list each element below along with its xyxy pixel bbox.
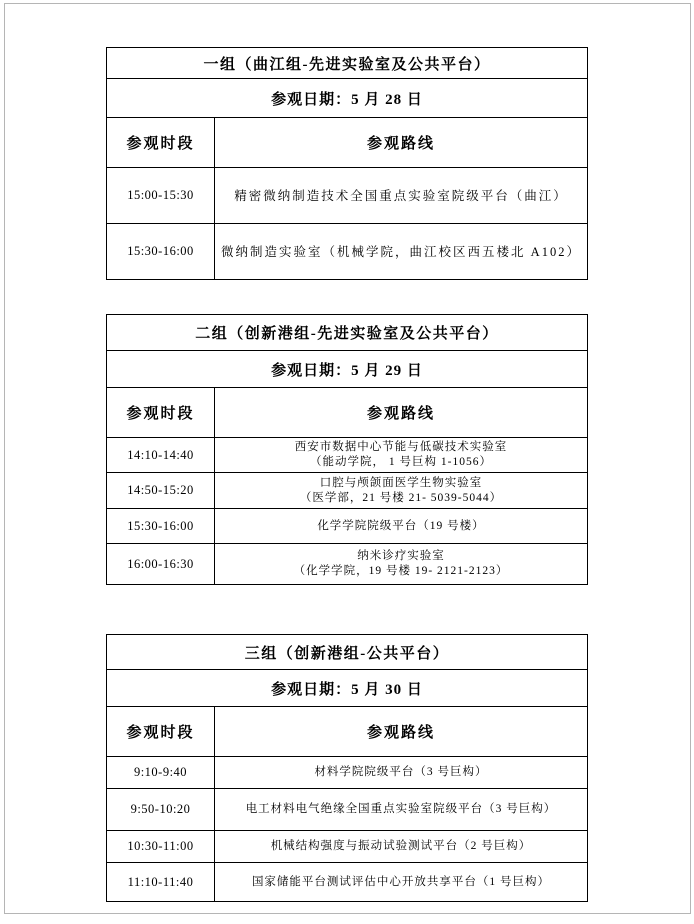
table-row: 9:50-10:20 电工材料电气绝缘全国重点实验室院级平台（3 号巨构） <box>107 789 588 831</box>
group-3-col-header-route: 参观路线 <box>215 707 588 757</box>
route-cell: 国家储能平台测试评估中心开放共享平台（1 号巨构） <box>215 863 588 902</box>
table-row: 15:30-16:00 化学学院院级平台（19 号楼） <box>107 509 588 544</box>
group-2-date: 参观日期：5 月 29 日 <box>107 351 588 388</box>
route-cell: 电工材料电气绝缘全国重点实验室院级平台（3 号巨构） <box>215 789 588 831</box>
route-cell: 微纳制造实验室（机械学院，曲江校区西五楼北 A102） <box>215 224 588 280</box>
time-cell: 16:00-16:30 <box>107 544 215 585</box>
route-cell: 机械结构强度与振动试验测试平台（2 号巨构） <box>215 831 588 863</box>
group-3-date: 参观日期：5 月 30 日 <box>107 670 588 707</box>
time-cell: 10:30-11:00 <box>107 831 215 863</box>
table-row: 16:00-16:30 纳米诊疗实验室 （化学学院，19 号楼 19- 2121… <box>107 544 588 585</box>
group-2-col-header-route: 参观路线 <box>215 388 588 438</box>
table-row: 10:30-11:00 机械结构强度与振动试验测试平台（2 号巨构） <box>107 831 588 863</box>
route-cell: 口腔与颅颌面医学生物实验室 （医学部，21 号楼 21- 5039-5044） <box>215 473 588 509</box>
schedule-table-group-3: 三组（创新港组-公共平台） 参观日期：5 月 30 日 参观时段 参观路线 9:… <box>106 634 588 902</box>
table-row: 11:10-11:40 国家储能平台测试评估中心开放共享平台（1 号巨构） <box>107 863 588 902</box>
document-page: { "page": { "background": "#ffffff", "pa… <box>0 0 694 924</box>
time-cell: 15:30-16:00 <box>107 509 215 544</box>
schedule-table-group-2: 二组（创新港组-先进实验室及公共平台） 参观日期：5 月 29 日 参观时段 参… <box>106 314 588 585</box>
time-cell: 14:10-14:40 <box>107 438 215 473</box>
route-cell: 材料学院院级平台（3 号巨构） <box>215 757 588 789</box>
table-row: 14:50-15:20 口腔与颅颌面医学生物实验室 （医学部，21 号楼 21-… <box>107 473 588 509</box>
group-3-title: 三组（创新港组-公共平台） <box>107 635 588 670</box>
time-cell: 15:30-16:00 <box>107 224 215 280</box>
time-cell: 11:10-11:40 <box>107 863 215 902</box>
time-cell: 15:00-15:30 <box>107 168 215 224</box>
group-3-col-header-time: 参观时段 <box>107 707 215 757</box>
group-1-date: 参观日期：5 月 28 日 <box>107 79 588 118</box>
schedule-table-group-1: 一组（曲江组-先进实验室及公共平台） 参观日期：5 月 28 日 参观时段 参观… <box>106 47 588 280</box>
group-1-title: 一组（曲江组-先进实验室及公共平台） <box>107 48 588 79</box>
table-row: 15:00-15:30 精密微纳制造技术全国重点实验室院级平台（曲江） <box>107 168 588 224</box>
route-cell: 纳米诊疗实验室 （化学学院，19 号楼 19- 2121-2123） <box>215 544 588 585</box>
group-2-title: 二组（创新港组-先进实验室及公共平台） <box>107 315 588 351</box>
time-cell: 9:10-9:40 <box>107 757 215 789</box>
route-cell: 化学学院院级平台（19 号楼） <box>215 509 588 544</box>
group-1-col-header-route: 参观路线 <box>215 118 588 168</box>
route-cell: 西安市数据中心节能与低碳技术实验室 （能动学院， 1 号巨构 1-1056） <box>215 438 588 473</box>
table-row: 9:10-9:40 材料学院院级平台（3 号巨构） <box>107 757 588 789</box>
time-cell: 14:50-15:20 <box>107 473 215 509</box>
group-2-col-header-time: 参观时段 <box>107 388 215 438</box>
table-row: 14:10-14:40 西安市数据中心节能与低碳技术实验室 （能动学院， 1 号… <box>107 438 588 473</box>
time-cell: 9:50-10:20 <box>107 789 215 831</box>
table-row: 15:30-16:00 微纳制造实验室（机械学院，曲江校区西五楼北 A102） <box>107 224 588 280</box>
group-1-col-header-time: 参观时段 <box>107 118 215 168</box>
route-cell: 精密微纳制造技术全国重点实验室院级平台（曲江） <box>215 168 588 224</box>
